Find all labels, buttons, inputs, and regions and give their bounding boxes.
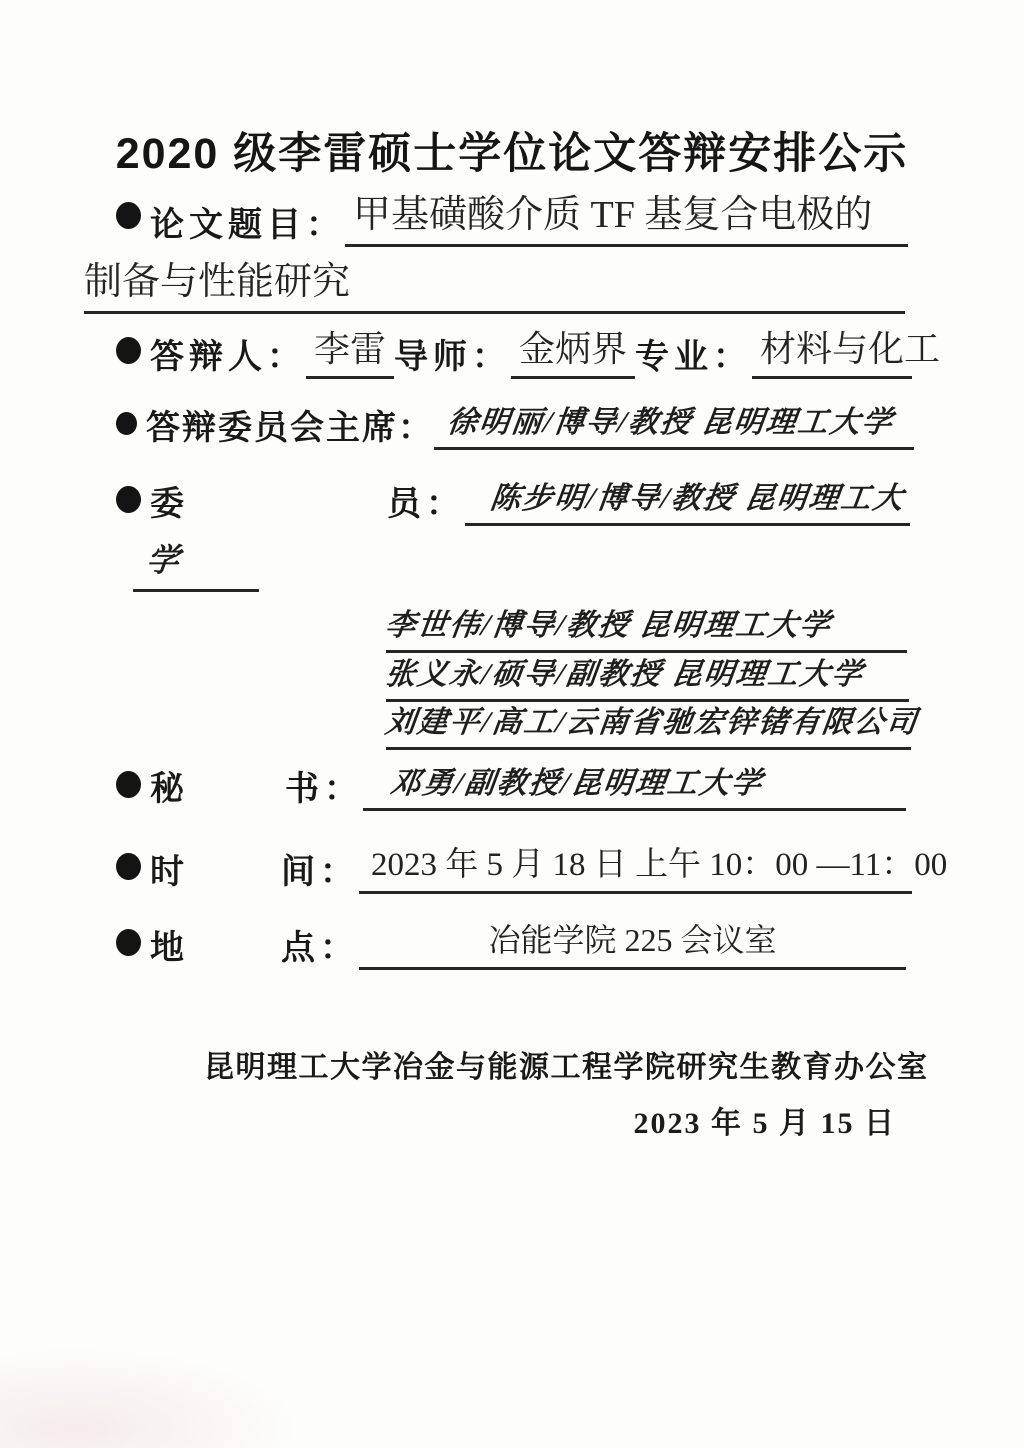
chair-value: 徐明丽/博导/教授 昆明理工大学 (434, 397, 914, 450)
committee-member-row: 李世伟/博导/教授 昆明理工大学 (386, 600, 907, 653)
committee-member-row: 刘建平/高工/云南省驰宏锌锗有限公司 (386, 697, 911, 750)
thesis-title-value-line2: 制备与性能研究 (84, 250, 905, 314)
committee-member-3: 张义永/硕导/副教授 昆明理工大学 (386, 649, 909, 702)
defender-row: 答辩人： 李雷 导师： 金炳界 专业： 材料与化工 (116, 321, 912, 379)
committee-member-row: 张义永/硕导/副教授 昆明理工大学 (386, 649, 909, 702)
secretary-value: 邓勇/副教授/昆明理工大学 (363, 758, 906, 811)
supervisor-label: 导师： (394, 337, 511, 380)
major-value: 材料与化工 (752, 321, 912, 379)
chair-value-text: 徐明丽/博导/教授 昆明理工大学 (445, 397, 897, 441)
thesis-title-row: 论文题目： 甲基磺酸介质 TF 基复合电极的 (116, 183, 908, 247)
time-row: 时 间： 2023 年 5 月 18 日 上午 10：00 —11：00 (116, 838, 912, 894)
committee-member-4: 刘建平/高工/云南省驰宏锌锗有限公司 (386, 697, 911, 750)
time-value: 2023 年 5 月 18 日 上午 10：00 —11：00 (359, 838, 912, 894)
bullet-icon (116, 771, 141, 798)
bullet-icon (116, 853, 141, 880)
secretary-label-second: 书： (285, 769, 363, 812)
bullet-icon (116, 337, 141, 364)
secretary-row: 秘 书： 邓勇/副教授/昆明理工大学 (116, 758, 906, 811)
thesis-title-label: 论文题目： (150, 205, 345, 248)
bullet-icon (116, 929, 141, 956)
committee-member-1-wrap: 学 (133, 535, 259, 592)
footer-office: 昆明理工大学冶金与能源工程学院研究生教育办公室 (204, 1042, 929, 1086)
bullet-icon (116, 412, 137, 435)
secretary-label-first: 秘 (150, 769, 189, 812)
chair-row: 答辩委员会主席： 徐明丽/博导/教授 昆明理工大学 (116, 397, 914, 450)
thesis-title-wrap-row: 制备与性能研究 (84, 250, 905, 314)
chair-label: 答辩委员会主席： (146, 408, 434, 451)
place-label-first: 地 (150, 928, 189, 971)
defender-label: 答辩人： (150, 337, 306, 380)
place-value: 冶能学院 225 会议室 (359, 915, 906, 970)
committee-member-1-line1: 陈步明/博导/教授 昆明理工大 (465, 473, 910, 526)
place-row: 地 点： 冶能学院 225 会议室 (116, 915, 906, 970)
scanned-notice-page: 2020 级李雷硕士学位论文答辩安排公示 论文题目： 甲基磺酸介质 TF 基复合… (0, 0, 1024, 1448)
scan-artifact (0, 1348, 300, 1448)
major-label: 专业： (635, 337, 752, 380)
defender-value: 李雷 (306, 321, 394, 379)
page-title: 2020 级李雷硕士学位论文答辩安排公示 (0, 120, 1024, 181)
time-label-second: 间： (281, 852, 359, 895)
place-label-second: 点： (281, 928, 359, 971)
committee-label-first: 委 (150, 484, 189, 527)
time-label-first: 时 (150, 852, 189, 895)
footer-date: 2023 年 5 月 15 日 (634, 1098, 897, 1142)
supervisor-value: 金炳界 (511, 321, 635, 379)
thesis-title-value-line1: 甲基磺酸介质 TF 基复合电极的 (345, 183, 908, 247)
bullet-icon (116, 486, 141, 513)
bullet-icon (116, 202, 141, 229)
committee-member-1-wrap-char: 学 (133, 535, 259, 592)
committee-row: 委 员： 陈步明/博导/教授 昆明理工大 (116, 473, 910, 526)
committee-label-second: 员： (387, 484, 465, 527)
committee-member-2: 李世伟/博导/教授 昆明理工大学 (386, 600, 907, 653)
